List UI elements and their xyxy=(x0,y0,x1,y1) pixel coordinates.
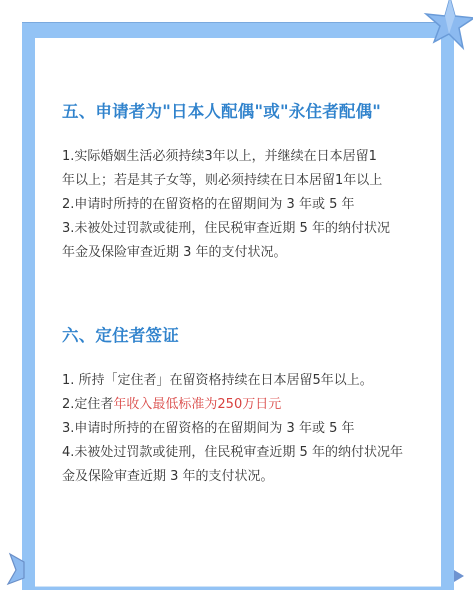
list-line: 2.定住者年收入最低标准为250万日元 xyxy=(62,393,432,417)
income-requirement-highlight: 年收入最低标准为250万日元 xyxy=(113,397,281,412)
section-long-term-resident-visa: 六、定住者签证 1. 所持「定住者」在留资格持续在日本居留5年以上。 2.定住者… xyxy=(62,325,432,489)
list-line-highlighted: 1. 所持「定住者」在留资格持续在日本居留5年以上。 xyxy=(62,369,432,393)
requirement-list: 1.实际婚姻生活必须持续3年以上，并继续在日本居留1 年以上；若是其子女等，则必… xyxy=(62,145,432,265)
list-line: 1.实际婚姻生活必须持续3年以上，并继续在日本居留1 xyxy=(62,145,432,169)
list-line: 年以上；若是其子女等，则必须持续在日本居留1年以上 xyxy=(62,169,432,193)
list-line: 3.申请时所持的在留资格的在留期间为 3 年或 5 年 xyxy=(62,417,432,441)
section-spouse-visa: 五、申请者为"日本人配偶"或"永住者配偶" 1.实际婚姻生活必须持续3年以上，并… xyxy=(62,101,432,265)
list-line: 金及保险审查近期 3 年的支付状况。 xyxy=(62,465,432,489)
line-prefix: 2.定住者 xyxy=(62,397,113,412)
section-heading: 六、定住者签证 xyxy=(62,325,432,347)
requirement-list: 1. 所持「定住者」在留资格持续在日本居留5年以上。 2.定住者年收入最低标准为… xyxy=(62,369,432,489)
star-icon xyxy=(418,0,473,54)
section-heading: 五、申请者为"日本人配偶"或"永住者配偶" xyxy=(62,101,432,123)
star-icon xyxy=(6,552,26,586)
list-line: 3.未被处过罚款或徒刑，住民税审查近期 5 年的纳付状况 xyxy=(62,217,432,241)
list-line: 2.申请时所持的在留资格的在留期间为 3 年或 5 年 xyxy=(62,193,432,217)
list-line: 年金及保险审查近期 3 年的支付状况。 xyxy=(62,241,432,265)
list-line: 4.未被处过罚款或徒刑，住民税审查近期 5 年的纳付状况年 xyxy=(62,441,432,465)
star-icon xyxy=(454,568,466,592)
